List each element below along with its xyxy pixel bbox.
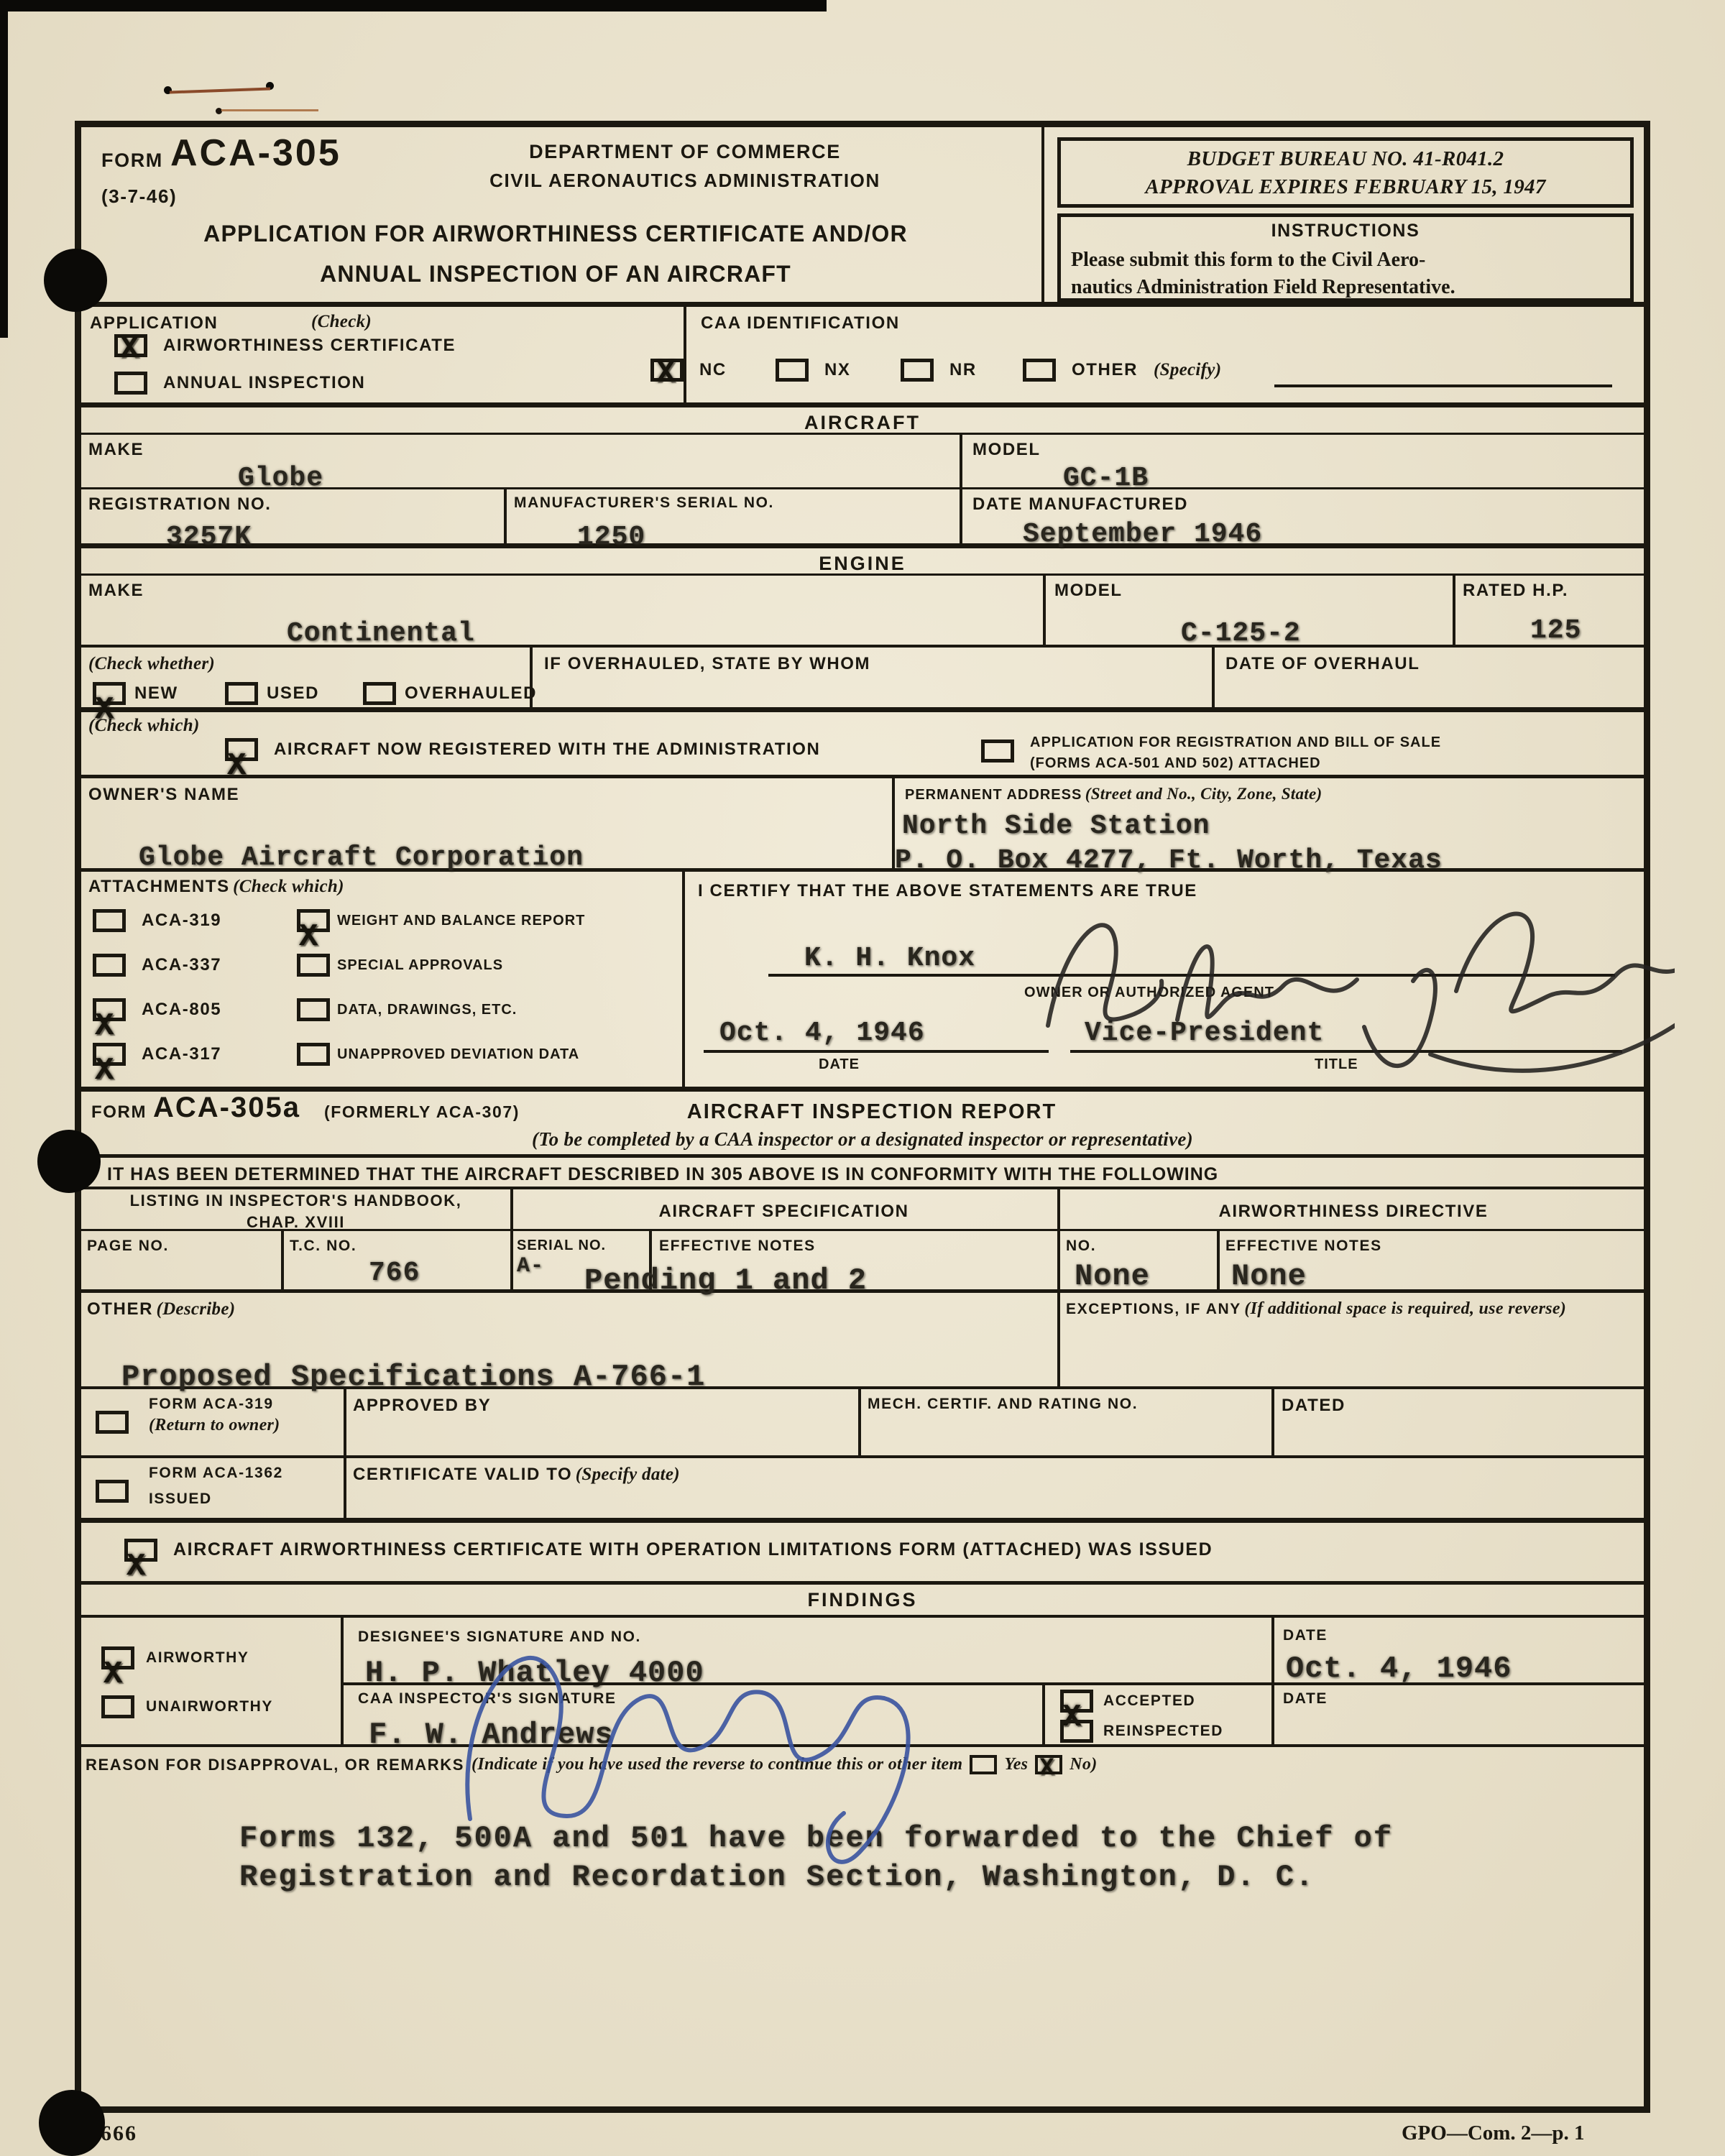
aircraft-section-title: AIRCRAFT [81, 407, 1644, 435]
data-drawings-label: DATA, DRAWINGS, ETC. [337, 1001, 517, 1019]
certify-signature-typed: K. H. Knox [804, 945, 975, 972]
reinspected-label: REINSPECTED [1103, 1722, 1223, 1741]
engine-model-label: MODEL [1054, 580, 1123, 602]
registration-no-value: 3257K [166, 524, 252, 551]
tc-no-label: T.C. NO. [290, 1237, 356, 1256]
engine-used-label: USED [267, 683, 319, 704]
instructions-title: INSTRUCTIONS [1071, 220, 1620, 242]
reverse-yes-label: Yes [1004, 1754, 1028, 1775]
page-no-label: PAGE NO. [87, 1237, 169, 1256]
certificate-issued-row: AIRCRAFT AIRWORTHINESS CERTIFICATE WITH … [81, 1523, 1644, 1585]
form-number-prefix: FORM [101, 149, 163, 173]
instructions-body-line2: nautics Administration Field Representat… [1071, 274, 1620, 301]
aca1362-row: FORM ACA-1362 ISSUED CERTIFICATE VALID T… [81, 1458, 1644, 1523]
hole-punch-top [44, 249, 107, 312]
findings-date-label: DATE [1283, 1626, 1328, 1645]
nr-checkbox[interactable] [901, 359, 934, 382]
overhauled-by-label: IF OVERHAULED, STATE BY WHOM [544, 653, 870, 675]
engine-section-title: ENGINE [81, 548, 1644, 576]
application-attached-checkbox[interactable] [981, 740, 1014, 763]
form-header: FORM ACA-305 (3-7-46) DEPARTMENT OF COMM… [81, 127, 1644, 307]
application-label-note: (Check) [311, 311, 372, 333]
instructions-box: INSTRUCTIONS Please submit this form to … [1057, 213, 1634, 303]
engine-make-row: MAKE Continental MODEL C-125-2 RATED H.P… [81, 576, 1644, 648]
registration-no-label: REGISTRATION NO. [88, 494, 272, 515]
airworthy-label: AIRWORTHY [146, 1649, 249, 1667]
valid-to-label: CERTIFICATE VALID TO [353, 1465, 572, 1484]
aircraft-registered-label: AIRCRAFT NOW REGISTERED WITH THE ADMINIS… [274, 739, 821, 760]
form-number: ACA-305 [170, 134, 341, 172]
spec-header: AIRCRAFT SPECIFICATION [510, 1201, 1057, 1222]
aircraft-make-value: Globe [238, 465, 323, 492]
aca-319-checkbox[interactable] [93, 909, 126, 932]
aircraft-model-value: GC-1B [1063, 465, 1149, 492]
inspection-report-header: FORM ACA-305a (FORMERLY ACA-307) AIRCRAF… [81, 1092, 1644, 1128]
attachments-note: (Check which) [233, 877, 344, 896]
other-id-checkbox[interactable] [1023, 359, 1056, 382]
report-title: AIRCRAFT INSPECTION REPORT [584, 1099, 1159, 1125]
reverse-no-checkbox[interactable] [1035, 1755, 1062, 1774]
aca-805-checkbox[interactable] [93, 998, 126, 1021]
owner-row: OWNER'S NAME Globe Aircraft Corporation … [81, 778, 1644, 872]
tc-no-value: 766 [369, 1260, 420, 1287]
rated-hp-value: 125 [1530, 617, 1581, 645]
form-aca1362-label-line2: ISSUED [149, 1490, 212, 1508]
annual-inspection-label: ANNUAL INSPECTION [163, 372, 365, 394]
accepted-label: ACCEPTED [1103, 1692, 1195, 1710]
application-label: APPLICATION [90, 313, 218, 334]
report-serial-label: SERIAL NO. [517, 1237, 606, 1255]
other-id-note: (Specify) [1154, 359, 1221, 381]
findings-date2-label: DATE [1283, 1690, 1328, 1708]
certificate-issued-label: AIRCRAFT AIRWORTHINESS CERTIFICATE WITH … [173, 1539, 1213, 1561]
directive-header: AIRWORTHINESS DIRECTIVE [1057, 1201, 1650, 1222]
aca-317-label: ACA-317 [142, 1044, 221, 1065]
designee-signature-ink [424, 1577, 985, 1872]
directive-notes-value: None [1231, 1261, 1307, 1291]
form-aca1362-label-line1: FORM ACA-1362 [149, 1464, 283, 1483]
hole-punch-middle [37, 1130, 101, 1193]
owner-name-value: Globe Aircraft Corporation [139, 844, 584, 872]
scan-edge-top [0, 0, 827, 11]
conformity-table-values: PAGE NO. T.C. NO. 766 SERIAL NO. A- EFFE… [81, 1231, 1644, 1293]
engine-used-checkbox[interactable] [225, 682, 258, 705]
certify-date-line[interactable] [704, 1050, 1049, 1053]
application-attached-label-line1: APPLICATION FOR REGISTRATION AND BILL OF… [1030, 734, 1441, 752]
special-approvals-checkbox[interactable] [297, 954, 330, 977]
certify-date-value: Oct. 4, 1946 [719, 1020, 925, 1047]
certificate-issued-checkbox[interactable] [124, 1539, 157, 1562]
date-manufactured-label: DATE MANUFACTURED [972, 494, 1188, 515]
hole-punch-bottom [39, 2090, 105, 2156]
aircraft-registration-row: REGISTRATION NO. 3257K MANUFACTURER'S SE… [81, 489, 1644, 548]
directive-no-label: NO. [1066, 1237, 1096, 1256]
reverse-no-label: No) [1069, 1754, 1097, 1775]
aircraft-model-label: MODEL [972, 439, 1041, 461]
engine-overhauled-label: OVERHAULED [405, 683, 537, 704]
nx-label: NX [824, 359, 851, 381]
approved-by-label: APPROVED BY [353, 1395, 491, 1416]
report-formerly-note: (FORMERLY ACA-307) [324, 1102, 520, 1123]
airworthiness-certificate-label: AIRWORTHINESS CERTIFICATE [163, 335, 456, 356]
aca-337-checkbox[interactable] [93, 954, 126, 977]
form-aca319-label: FORM ACA-319 [149, 1395, 274, 1414]
owner-name-label: OWNER'S NAME [88, 784, 239, 806]
serial-no-label: MANUFACTURER'S SERIAL NO. [514, 494, 774, 512]
registration-status-row: (Check which) AIRCRAFT NOW REGISTERED WI… [81, 712, 1644, 778]
aircraft-registered-checkbox[interactable] [225, 738, 258, 761]
aircraft-make-label: MAKE [88, 439, 144, 461]
valid-to-note: (Specify date) [576, 1465, 680, 1484]
mech-certif-label: MECH. CERTIF. AND RATING NO. [868, 1395, 1138, 1414]
exceptions-label-block: EXCEPTIONS, IF ANY (If additional space … [1066, 1299, 1638, 1319]
check-whether-note: (Check whether) [88, 653, 215, 675]
other-specify-line[interactable] [1274, 384, 1612, 387]
unairworthy-label: UNAIRWORTHY [146, 1697, 273, 1716]
page-title: APPLICATION FOR AIRWORTHINESS CERTIFICAT… [117, 219, 994, 288]
effective-notes-label: EFFECTIVE NOTES [659, 1237, 816, 1256]
other-value: Proposed Specifications A-766-1 [121, 1362, 705, 1392]
staple-mark [164, 80, 329, 120]
report-subtitle-row: (To be completed by a CAA inspector or a… [81, 1128, 1644, 1158]
airworthy-checkbox[interactable] [101, 1646, 134, 1669]
aca319-row: FORM ACA-319 (Return to owner) APPROVED … [81, 1389, 1644, 1458]
form-revision: (3-7-46) [101, 185, 177, 208]
form-aca319-checkbox[interactable] [96, 1411, 129, 1434]
owner-address-line2: P. O. Box 4277, Ft. Worth, Texas [895, 847, 1443, 875]
other-label: OTHER [87, 1299, 153, 1319]
check-which-note: (Check which) [88, 715, 200, 737]
engine-condition-row: (Check whether) NEW USED OVERHAULED IF O… [81, 648, 1644, 712]
weight-balance-label: WEIGHT AND BALANCE REPORT [337, 912, 585, 930]
budget-bureau-box: BUDGET BUREAU NO. 41-R041.2 APPROVAL EXP… [1057, 137, 1634, 208]
directive-notes-label: EFFECTIVE NOTES [1225, 1237, 1382, 1256]
department-heading: DEPARTMENT OF COMMERCE CIVIL AERONAUTICS… [383, 140, 987, 192]
certify-date-label: DATE [819, 1056, 860, 1074]
unairworthy-checkbox[interactable] [101, 1695, 134, 1718]
reinspected-checkbox[interactable] [1060, 1720, 1093, 1743]
overhaul-date-label: DATE OF OVERHAUL [1225, 653, 1420, 675]
aca-337-label: ACA-337 [142, 954, 221, 976]
findings-date-value: Oct. 4, 1946 [1286, 1654, 1512, 1684]
owner-address-line1: North Side Station [902, 813, 1210, 840]
other-exceptions-row: OTHER (Describe) Proposed Specifications… [81, 1293, 1644, 1389]
unapproved-deviation-label: UNAPPROVED DEVIATION DATA [337, 1046, 579, 1064]
engine-new-label: NEW [134, 683, 178, 704]
rated-hp-label: RATED H.P. [1463, 580, 1568, 602]
application-section: APPLICATION (Check) AIRWORTHINESS CERTIF… [81, 307, 1644, 407]
special-approvals-label: SPECIAL APPROVALS [337, 957, 503, 975]
date-manufactured-value: September 1946 [1023, 521, 1262, 548]
scan-edge-left [0, 0, 8, 338]
form-aca319-note: (Return to owner) [149, 1415, 321, 1436]
airworthiness-certificate-checkbox[interactable] [114, 334, 147, 357]
engine-overhauled-checkbox[interactable] [363, 682, 396, 705]
engine-model-value: C-125-2 [1181, 620, 1301, 648]
report-serial-value: A- [517, 1256, 544, 1277]
aca-805-label: ACA-805 [142, 999, 221, 1021]
form-aca1362-checkbox[interactable] [96, 1480, 129, 1503]
permanent-address-note: (Street and No., City, Zone, State) [1085, 785, 1322, 803]
data-drawings-checkbox[interactable] [297, 998, 330, 1021]
nr-label: NR [949, 359, 977, 381]
caa-identification-label: CAA IDENTIFICATION [701, 313, 900, 334]
weight-balance-checkbox[interactable] [297, 909, 330, 932]
reason-label: REASON FOR DISAPPROVAL, OR REMARKS [86, 1755, 464, 1775]
serial-no-value: 1250 [577, 524, 645, 551]
engine-make-label: MAKE [88, 580, 144, 602]
report-form-number: ACA-305a [153, 1093, 300, 1122]
aca-319-label: ACA-319 [142, 910, 221, 931]
listing-header: LISTING IN INSPECTOR'S HANDBOOK, CHAP. X… [81, 1191, 510, 1232]
determination-statement: IT HAS BEEN DETERMINED THAT THE AIRCRAFT… [107, 1164, 1218, 1186]
unapproved-deviation-checkbox[interactable] [297, 1043, 330, 1066]
attachments-label: ATTACHMENTS [88, 877, 230, 896]
conformity-table-header: LISTING IN INSPECTOR'S HANDBOOK, CHAP. X… [81, 1189, 1644, 1231]
accepted-checkbox[interactable] [1060, 1690, 1093, 1713]
determination-row: IT HAS BEEN DETERMINED THAT THE AIRCRAFT… [81, 1158, 1644, 1189]
other-id-label: OTHER [1072, 359, 1138, 381]
permanent-address-label: PERMANENT ADDRESS [905, 787, 1082, 803]
application-attached-label-line2: (FORMS ACA-501 AND 502) ATTACHED [1030, 755, 1441, 773]
dated-label: DATED [1282, 1395, 1345, 1416]
nc-checkbox[interactable] [650, 359, 684, 382]
footer-gpo-note: GPO—Com. 2—p. 1 [1402, 2122, 1585, 2145]
aca-317-checkbox[interactable] [93, 1043, 126, 1066]
nc-label: NC [699, 359, 727, 381]
report-subtitle: (To be completed by a CAA inspector or a… [532, 1128, 1193, 1150]
report-form-prefix: FORM [91, 1102, 147, 1123]
engine-make-value: Continental [287, 620, 475, 648]
owner-signature-ink [1028, 873, 1675, 1096]
instructions-body-line1: Please submit this form to the Civil Aer… [1071, 247, 1620, 274]
scanned-form-page: FORM ACA-305 (3-7-46) DEPARTMENT OF COMM… [0, 0, 1725, 2156]
other-note: (Describe) [156, 1299, 235, 1319]
engine-new-checkbox[interactable] [93, 682, 126, 705]
aircraft-make-model-row: MAKE Globe MODEL GC-1B [81, 435, 1644, 489]
effective-notes-value: Pending 1 and 2 [584, 1266, 867, 1296]
directive-no-value: None [1075, 1261, 1150, 1291]
nx-checkbox[interactable] [776, 359, 809, 382]
annual-inspection-checkbox[interactable] [114, 372, 147, 395]
